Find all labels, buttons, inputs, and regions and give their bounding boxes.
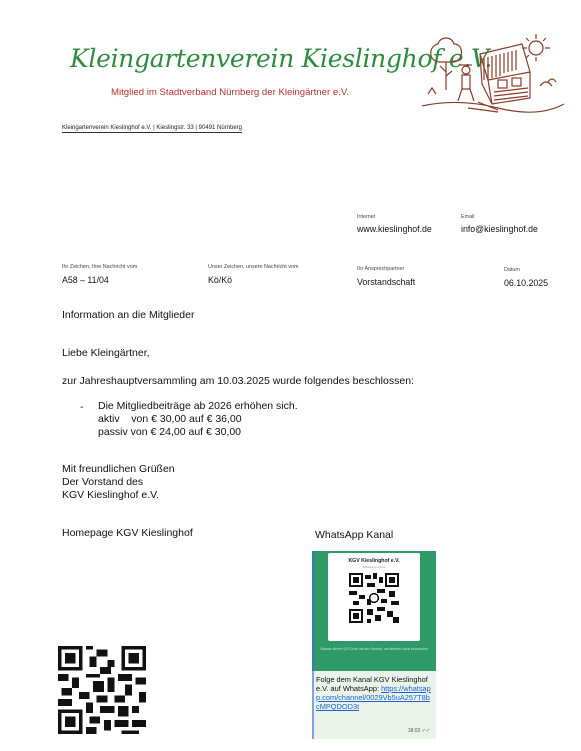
email-label: Email xyxy=(461,214,474,220)
whatsapp-qr-code-icon[interactable] xyxy=(349,573,399,623)
whatsapp-qr-label: WhatsApp Kanal xyxy=(315,529,393,541)
qr-code-icon[interactable] xyxy=(58,646,146,734)
screenshot-edge xyxy=(312,551,314,739)
fee-passive-line: passiv von € 24,00 auf € 30,00 xyxy=(98,426,241,438)
closing-club: KGV Kieslinghof e.V. xyxy=(62,489,159,501)
our-reference-label: Unser Zeichen, unsere Nachricht vom xyxy=(208,264,298,270)
our-reference-value: Kö/Kö xyxy=(208,275,232,285)
your-reference-value: A58 – 11/04 xyxy=(62,275,109,285)
whatsapp-channel-screenshot: KGV Kieslinghof e.V. WhatsApp-Kanal Scan… xyxy=(312,551,436,739)
email-link[interactable]: info@kieslinghof.de xyxy=(461,224,538,234)
whatsapp-qr-card: KGV Kieslinghof e.V. WhatsApp-Kanal xyxy=(328,553,420,641)
fee-active-line: aktiv von € 30,00 auf € 36,00 xyxy=(98,413,242,425)
fee-increase-text: Die Mitgliedbeiträge ab 2026 erhöhen sic… xyxy=(98,400,298,412)
whatsapp-card-subtitle: WhatsApp-Kanal xyxy=(328,565,420,569)
letter-intro: zur Jahreshauptversammling am 10.03.2025… xyxy=(62,375,414,387)
contact-person-value: Vorstandschaft xyxy=(357,277,415,287)
whatsapp-message-bubble: Folge dem Kanal KGV Kieslinghof e.V. auf… xyxy=(316,675,432,711)
garden-house-illustration-icon xyxy=(418,32,568,114)
website-link[interactable]: www.kieslinghof.de xyxy=(357,224,432,234)
whatsapp-message-time: 18:02 ✓✓ xyxy=(408,728,430,734)
your-reference-label: Ihr Zeichen, Ihre Nachricht vom xyxy=(62,264,137,270)
sender-address-line: Kleingartenverein Kieslinghof e.V. | Kie… xyxy=(62,125,242,133)
contact-person-label: Ihr Ansprechpartner xyxy=(357,266,404,272)
date-label: Datum xyxy=(504,267,520,273)
membership-subtitle: Mitglied im Stadtverband Nürnberg der Kl… xyxy=(111,87,349,98)
letter-subject: Information an die Mitglieder xyxy=(62,309,195,321)
whatsapp-card-title: KGV Kieslinghof e.V. xyxy=(328,558,420,564)
homepage-qr-label: Homepage KGV Kieslinghof xyxy=(62,527,193,539)
internet-label: Internet xyxy=(357,214,375,220)
bullet-marker: - xyxy=(80,401,84,413)
closing-greeting: Mit freundlichen Grüßen xyxy=(62,463,175,475)
whatsapp-scan-caption: Scanne diesen QR-Code mit der Kamera, um… xyxy=(320,647,428,652)
closing-board: Der Vorstand des xyxy=(62,476,143,488)
letter-salutation: Liebe Kleingärtner, xyxy=(62,347,150,359)
date-value: 06.10.2025 xyxy=(504,278,548,288)
